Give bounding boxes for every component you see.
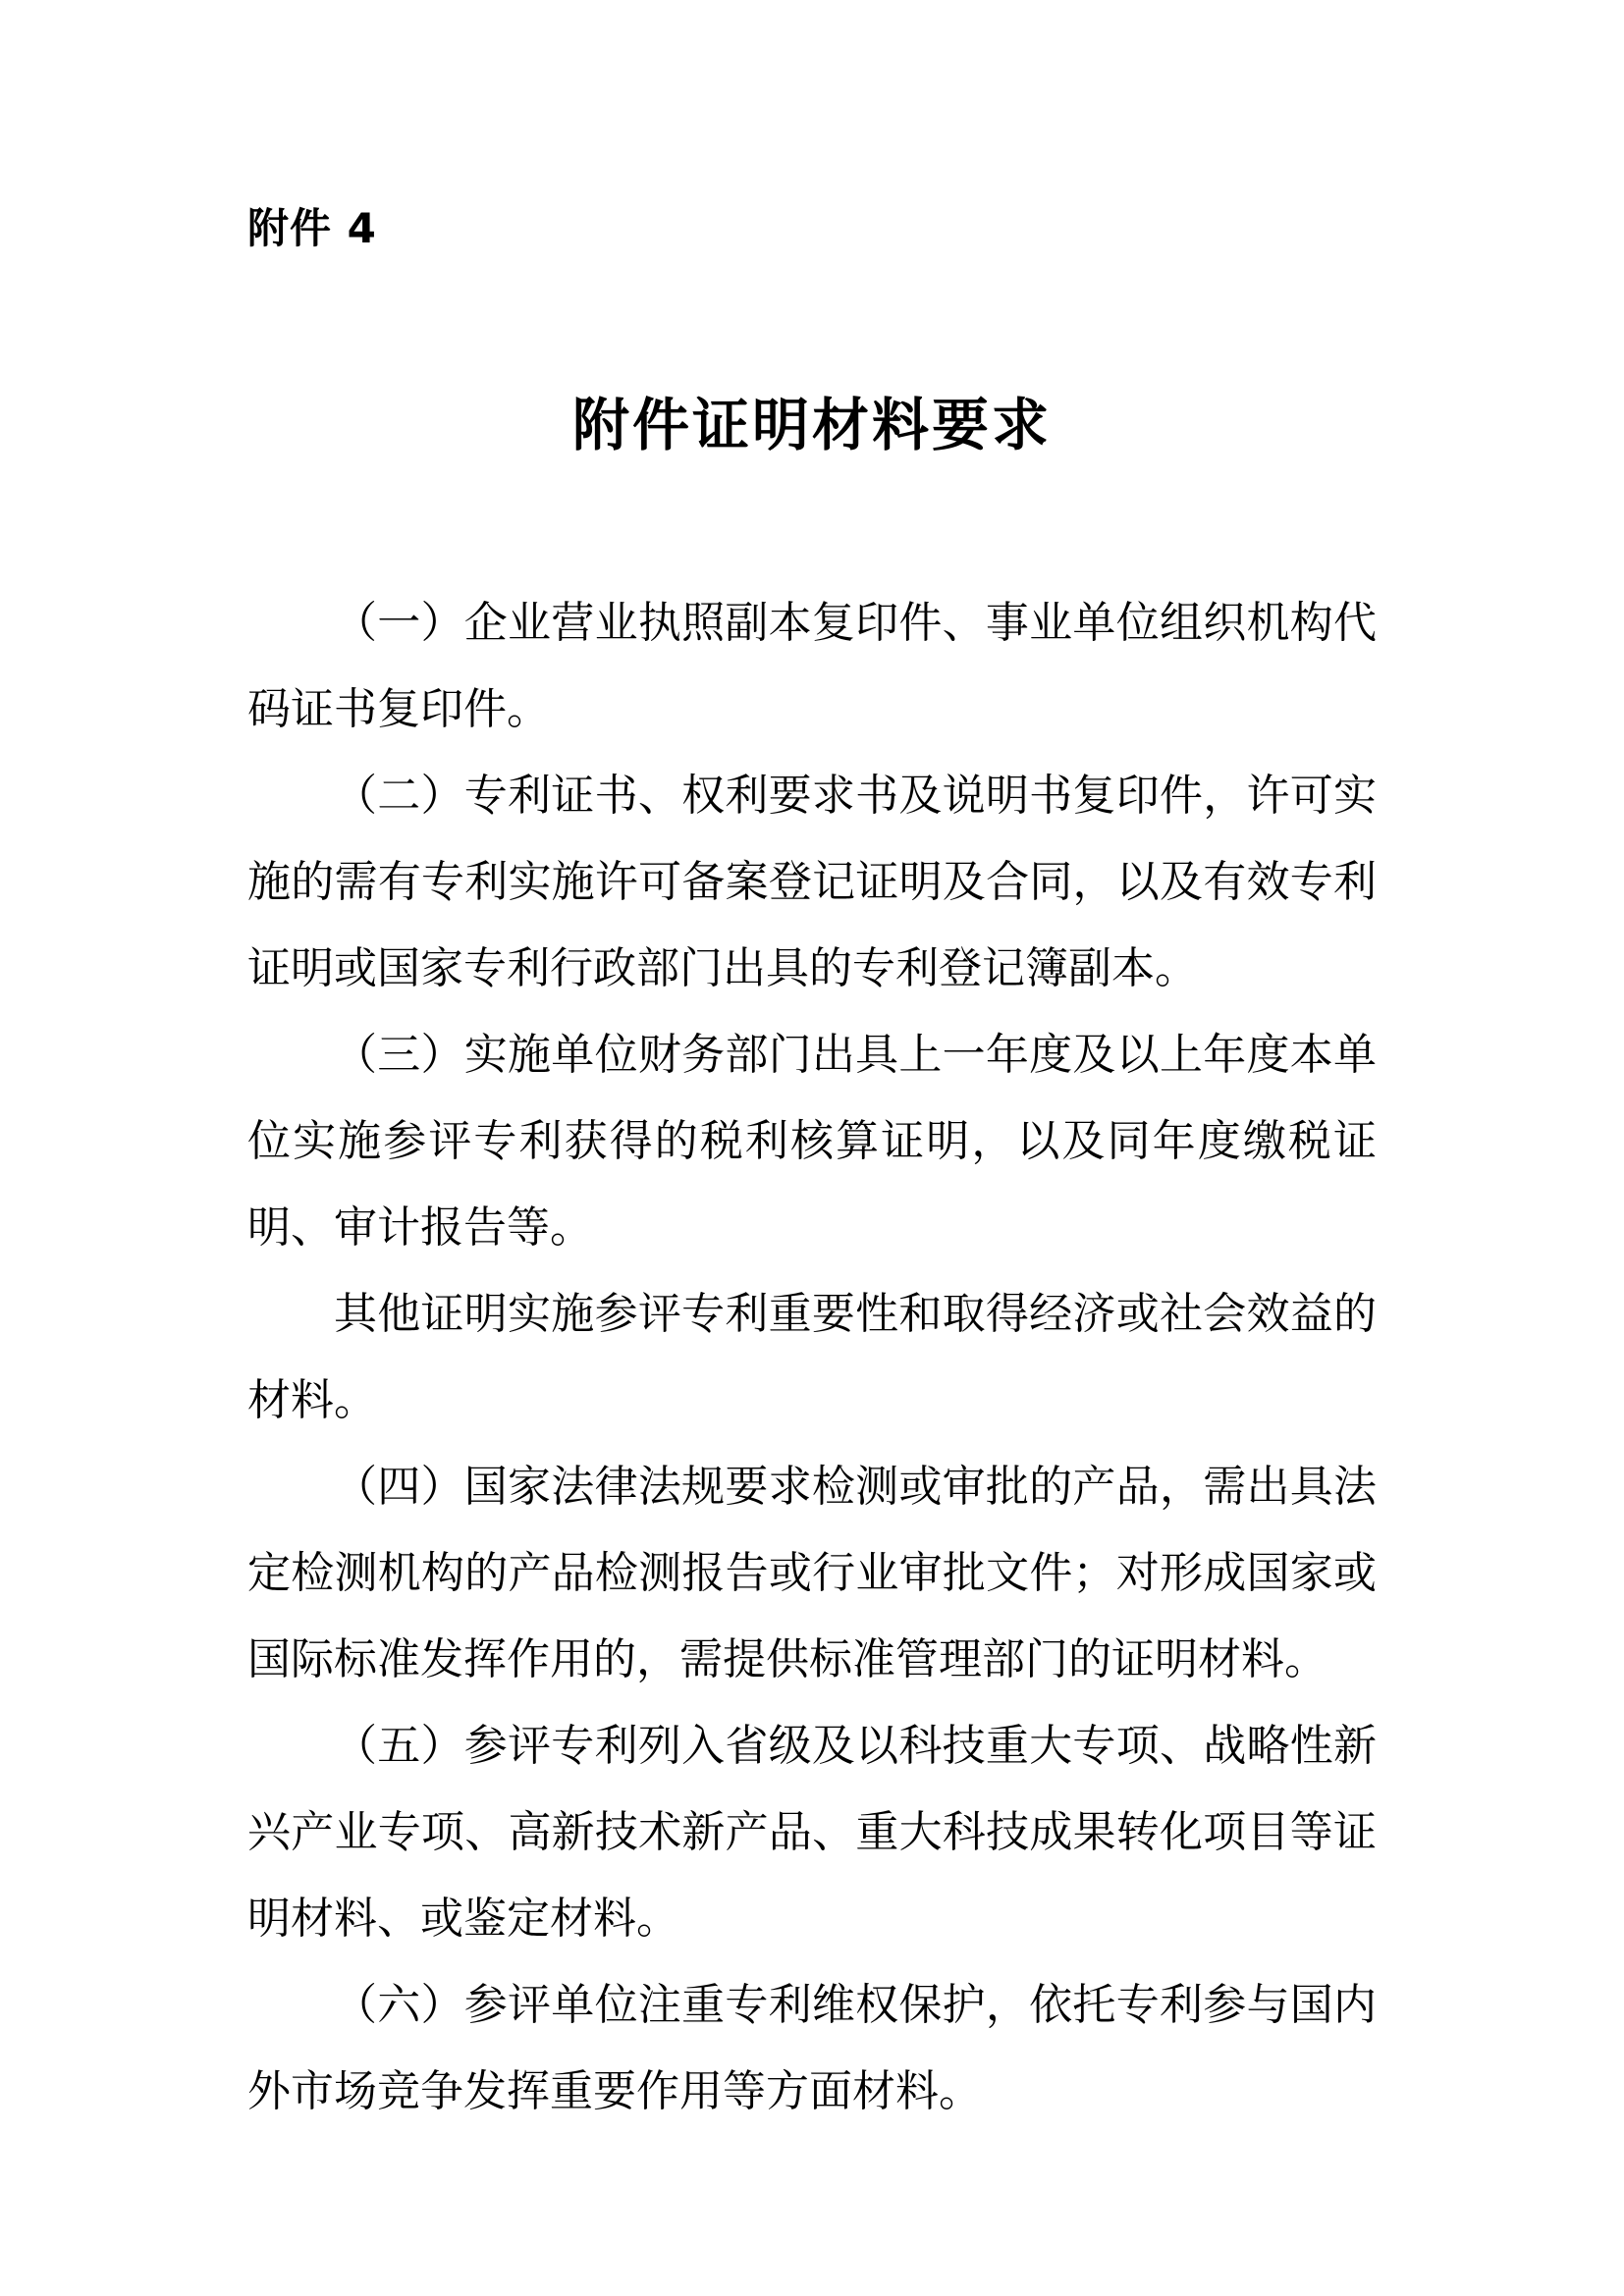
document-title: 附件证明材料要求 — [0, 389, 1624, 461]
attachment-number-label: 附件 4 — [247, 202, 377, 255]
document-body: （一）企业营业执照副本复印件、事业单位组织机构代码证书复印件。 （二）专利证书、… — [247, 580, 1377, 2135]
paragraph-item-4: 其他证明实施参评专利重要性和取得经济或社会效益的材料。 — [247, 1271, 1377, 1444]
paragraph-item-1: （一）企业营业执照副本复印件、事业单位组织机构代码证书复印件。 — [247, 580, 1377, 753]
paragraph-item-6: （五）参评专利列入省级及以科技重大专项、战略性新兴产业专项、高新技术新产品、重大… — [247, 1703, 1377, 1962]
paragraph-item-2: （二）专利证书、权利要求书及说明书复印件，许可实施的需有专利实施许可备案登记证明… — [247, 753, 1377, 1012]
document-page: 附件 4 附件证明材料要求 （一）企业营业执照副本复印件、事业单位组织机构代码证… — [0, 0, 1624, 2296]
paragraph-item-3: （三）实施单位财务部门出具上一年度及以上年度本单位实施参评专利获得的税利核算证明… — [247, 1012, 1377, 1271]
paragraph-item-5: （四）国家法律法规要求检测或审批的产品，需出具法定检测机构的产品检测报告或行业审… — [247, 1444, 1377, 1703]
paragraph-item-7: （六）参评单位注重专利维权保护，依托专利参与国内外市场竞争发挥重要作用等方面材料… — [247, 1962, 1377, 2135]
